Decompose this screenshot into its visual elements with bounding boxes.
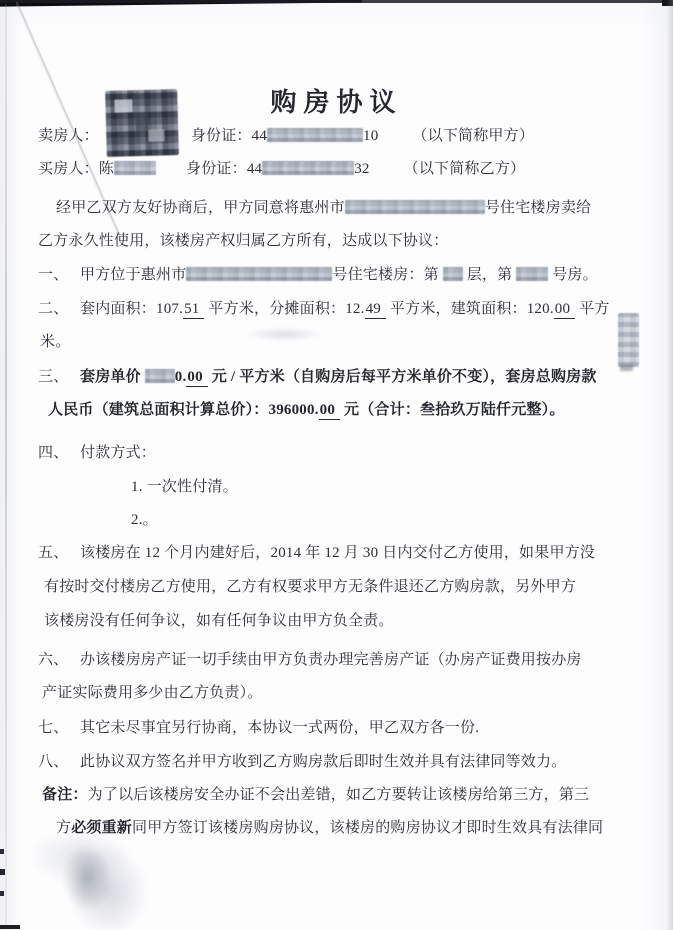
spacer	[156, 172, 186, 173]
scanned-agreement-page: 购房协议 卖房人：身份证：4410（以下简称甲方） 买房人：陈身份证：4432（…	[0, 0, 673, 930]
seller-line: 卖房人：身份证：4410（以下简称甲方）	[38, 126, 534, 146]
text-run: 平方米，分摊面积：12.	[204, 301, 364, 317]
text-run: 身份证：44	[186, 161, 262, 177]
clause-3-line-1: 三、套房单价 0.00 元 / 平方米（自购房后每平方米单价不变），套房总购房款	[38, 367, 597, 387]
clause-5-line-3: 该楼房没有任何争议，如有任何争议由甲方负全责。	[44, 611, 394, 631]
clause-2-line-1: 二、套内面积：107.51 平方米，分摊面积：12.49 平方米，建筑面积：12…	[38, 299, 610, 319]
spacer	[378, 139, 412, 140]
bold-text: 备注：	[42, 787, 88, 803]
text-run: 层，第	[463, 267, 517, 283]
clause-7-text: 其它未尽事宜另行协商，本协议一式两份，甲乙双方各一份.	[80, 720, 479, 736]
clause-7-line-1: 七、其它未尽事宜另行协商，本协议一式两份，甲乙双方各一份.	[38, 718, 479, 738]
text-run: 元（合计：叁拾玖万陆仟元整）。	[340, 402, 564, 418]
scan-artifact-faint-smudge	[225, 320, 357, 346]
clause-5-line-1: 五、该楼房在 12 个月内建好后，2014 年 12 月 30 日内交付乙方使用…	[38, 543, 595, 563]
underlined-value: 00	[186, 369, 207, 387]
clause-6-line-1: 六、办该楼房房产证一切手续由甲方负责办理完善房产证（办房产证费用按办房	[38, 650, 582, 670]
clause-4-line-1: 四、付款方式：	[38, 443, 156, 463]
text-run: 办该楼房房产证一切手续由甲方负责办理完善房产证（办房产证费用按办房	[80, 652, 582, 668]
document-title: 购房协议	[0, 82, 673, 119]
text-run: 经甲乙双方友好协商后，甲方同意将惠州市	[56, 200, 345, 216]
text-run: 买房人：陈	[38, 161, 114, 177]
seal-stamp	[105, 89, 179, 157]
clause-7-number: 七、	[38, 718, 80, 738]
redacted-text	[145, 369, 175, 383]
text-run: 2.。	[131, 512, 158, 528]
text-run: 同甲方签订该楼房购房协议，该楼房的购房协议才即时生效具有法律同	[132, 820, 603, 836]
buyer-line: 买房人：陈身份证：4432（以下简称乙方）	[38, 159, 525, 179]
clause-4-subitem-2: 2.。	[131, 510, 158, 530]
text-run: 米。	[40, 334, 70, 350]
redacted-text	[262, 161, 354, 175]
scan-artifact-left-edge-line	[5, 4, 7, 926]
text-run: 身份证：44	[191, 128, 267, 144]
clause-3-number: 三、	[38, 367, 80, 387]
redacted-text	[516, 267, 548, 281]
redacted-text	[267, 128, 363, 142]
redacted-text	[345, 200, 485, 214]
underlined-value: 49	[365, 301, 386, 319]
text-run: 此协议双方签名并甲方收到乙方购房款后即时生效并具有法律同等效力。	[80, 754, 566, 770]
note-line-2: 方必须重新同甲方签订该楼房购房协议，该楼房的购房协议才即时生效具有法律同	[56, 818, 603, 838]
text-run: 该楼房没有任何争议，如有任何争议由甲方负全责。	[44, 613, 394, 629]
text-run: 人民币（建筑总面积计算总价）：396000.	[48, 402, 319, 418]
scan-artifact-bottom-smudge	[25, 836, 200, 930]
text-run: 套内面积：107.	[80, 301, 183, 317]
text-run: 该楼房在 12 个月内建好后，2014 年 12 月 30 日内交付乙方使用，如…	[80, 545, 595, 561]
text-run: 甲方位于惠州市	[80, 267, 186, 283]
spacer	[99, 139, 191, 140]
scan-artifact-top-line	[0, 0, 673, 3]
text-run: 平方	[575, 301, 609, 317]
text-run: 32	[354, 161, 369, 177]
clause-5-line-2: 有按时交付楼房乙方使用，乙方有权要求甲方无条件退还乙方购房款，另外甲方	[44, 577, 576, 597]
clause-2-number: 二、	[38, 299, 80, 319]
clause-4-subitem-1: 1. 一次性付清。	[131, 477, 238, 497]
clause-3-text: 套房单价 0.00 元 / 平方米（自购房后每平方米单价不变），套房总购房款	[80, 369, 597, 385]
clause-1-number: 一、	[38, 265, 80, 285]
seal-stamp-detail	[114, 99, 132, 112]
text-run: 乙方永久性使用，该楼房产权归属乙方所有，达成以下协议：	[38, 233, 448, 249]
scan-artifact-edge-tick	[0, 869, 5, 875]
clause-2-text: 套内面积：107.51 平方米，分摊面积：12.49 平方米，建筑面积：120.…	[80, 301, 610, 319]
text-run: 其它未尽事宜另行协商，本协议一式两份，甲乙双方各一份.	[80, 720, 479, 736]
text-run: 有按时交付楼房乙方使用，乙方有权要求甲方无条件退还乙方购房款，另外甲方	[44, 579, 576, 595]
clause-6-text: 办该楼房房产证一切手续由甲方负责办理完善房产证（办房产证费用按办房	[80, 652, 582, 668]
text-run: 方	[56, 820, 71, 836]
clause-5-text: 该楼房在 12 个月内建好后，2014 年 12 月 30 日内交付乙方使用，如…	[80, 545, 595, 561]
text-run: 0.	[175, 369, 187, 385]
text-run: 套房单价	[80, 369, 145, 385]
text-run: 产证实际费用多少由乙方负责）。	[42, 685, 263, 701]
clause-1-text: 甲方位于惠州市号住宅楼房：第 层，第 号房。	[80, 267, 598, 283]
text-run: 卖房人：	[38, 128, 99, 144]
clause-8-number: 八、	[38, 752, 80, 772]
spacer	[370, 172, 404, 173]
scan-artifact-right-margin-blob	[618, 313, 639, 367]
underlined-value: 00	[319, 402, 340, 420]
text-run: 为了以后该楼房安全办证不会出差错，如乙方要转让该楼房给第三方，第三	[88, 787, 590, 803]
redacted-text	[186, 267, 332, 281]
clause-6-line-2: 产证实际费用多少由乙方负责）。	[42, 683, 263, 703]
clause-2-line-2: 米。	[40, 332, 70, 352]
clause-3-line-2: 人民币（建筑总面积计算总价）：396000.00 元（合计：叁拾玖万陆仟元整）。	[48, 400, 565, 420]
text-run: 元 / 平方米（自购房后每平方米单价不变），套房总购房款	[208, 369, 597, 385]
clause-4-number: 四、	[38, 443, 80, 463]
clause-6-number: 六、	[38, 650, 80, 670]
clause-1-line-1: 一、甲方位于惠州市号住宅楼房：第 层，第 号房。	[38, 265, 598, 285]
text-run: 号房。	[548, 267, 598, 283]
clause-4-text: 付款方式：	[80, 445, 156, 461]
text-run: 号住宅楼房：第	[332, 267, 442, 283]
text-run: 号住宅楼房卖给	[485, 200, 591, 216]
text-run: 1. 一次性付清。	[131, 479, 238, 495]
text-run: 10	[363, 128, 378, 144]
text-run: （以下简称甲方）	[412, 128, 534, 144]
scan-artifact-edge-tick	[0, 849, 4, 854]
underlined-value: 00	[554, 301, 575, 319]
text-run: 平方米，建筑面积：120.	[386, 301, 554, 317]
scan-artifact-bottom-left-mark	[0, 925, 20, 929]
note-line-1: 备注：为了以后该楼房安全办证不会出差错，如乙方要转让该楼房给第三方，第三	[42, 785, 589, 805]
scan-artifact-right-edge-shade	[666, 0, 673, 930]
bold-text: 必须重新	[71, 820, 132, 836]
underlined-value: 51	[183, 301, 204, 319]
clause-8-text: 此协议双方签名并甲方收到乙方购房款后即时生效并具有法律同等效力。	[80, 754, 566, 770]
redacted-text	[443, 267, 463, 281]
clause-5-number: 五、	[38, 543, 80, 563]
redacted-text	[114, 161, 156, 175]
text-run: （以下简称乙方）	[404, 161, 526, 177]
clause-8-line-1: 八、此协议双方签名并甲方收到乙方购房款后即时生效并具有法律同等效力。	[38, 752, 566, 772]
scan-artifact-edge-tick	[0, 891, 4, 896]
preamble-line-2: 乙方永久性使用，该楼房产权归属乙方所有，达成以下协议：	[38, 231, 448, 251]
preamble-line-1: 经甲乙双方友好协商后，甲方同意将惠州市号住宅楼房卖给	[56, 198, 591, 218]
text-run: 付款方式：	[80, 445, 156, 461]
